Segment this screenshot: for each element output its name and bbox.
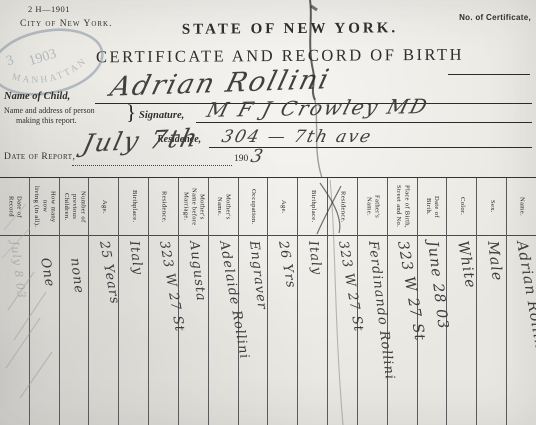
column-data-cell: Adrian Rollini [507, 236, 536, 425]
table-column-date-of-birth: Date of Birth.June 28 03 [418, 178, 448, 425]
column-value-handwriting: Male [484, 240, 505, 282]
column-header-label: Color. [458, 197, 466, 215]
column-header: How many now living (in all). [30, 178, 59, 236]
column-header-label: Birthplace. [309, 190, 317, 222]
column-header-label: Date of Birth. [424, 196, 440, 218]
column-value-handwriting: White [454, 240, 478, 290]
signature-handwriting: M F J Crowley MD [204, 94, 431, 122]
table-column-sex: Sex.Male [477, 178, 507, 425]
date-of-report-label: Date of Report, [4, 152, 75, 162]
table-column-mother-age: Age.25 Years [89, 178, 119, 425]
signature-line [196, 122, 532, 123]
column-header-label: Residence. [338, 191, 346, 223]
signature-label: Signature, [139, 110, 184, 121]
column-header: Occupation. [239, 178, 268, 236]
table-column-father-birthplace: Birthplace.Italy [298, 178, 328, 425]
column-header-label: Residence. [159, 191, 167, 223]
table-column-date-of-record: Date of RecordJuly 8 03 [0, 178, 30, 425]
table-column-child-name: Name.Adrian Rollini [507, 178, 536, 425]
column-value-handwriting: Italy [126, 240, 145, 276]
column-data-cell: Male [477, 236, 506, 425]
column-value-handwriting: Engraver [246, 240, 269, 311]
certificate-number-label: No. of Certificate, [459, 13, 531, 22]
certificate-number-blank-line [448, 74, 530, 75]
column-value-handwriting: none [67, 257, 86, 295]
column-header: Date of Birth. [418, 178, 447, 236]
column-data-cell: July 8 03 [0, 236, 29, 425]
column-header: Color. [447, 178, 476, 236]
column-header-label: Mother's Name before Marriage. [181, 188, 206, 226]
column-header-label: Mother's Name. [215, 194, 231, 220]
column-header-label: Occupation. [249, 189, 257, 224]
table-column-mother-name: Mother's Name.Adelaide Rollini [209, 178, 239, 425]
column-data-cell: 25 Years [89, 236, 118, 425]
stamp-day: 3 [4, 53, 16, 69]
table-column-how-many-living: How many now living (in all).One [30, 178, 60, 425]
state-title: STATE OF NEW YORK. [40, 19, 536, 39]
name-of-child-label: Name of Child, [4, 91, 70, 102]
column-header: Residence. [328, 178, 357, 236]
column-data-cell: 323 W 27 St [328, 236, 357, 425]
column-data-cell: Italy [298, 236, 327, 425]
column-value-handwriting: Italy [305, 240, 324, 276]
column-value-handwriting: Adrian Rollini [514, 240, 536, 356]
table-column-color: Color.White [447, 178, 477, 425]
column-header-label: Date of Record [6, 196, 22, 218]
year-handwritten-digit: 3 [249, 146, 267, 167]
column-data-cell: none [60, 236, 89, 425]
column-data-cell: White [447, 236, 476, 425]
column-data-cell: One [30, 236, 59, 425]
column-header: Sex. [477, 178, 506, 236]
birth-certificate-scan: 2 H—1901 City of New York. STATE OF NEW … [0, 0, 536, 425]
column-header-label: Birthplace. [130, 190, 138, 222]
reporter-label-line1: Name and address of person [4, 106, 95, 115]
table-column-previous-children: Number of previous Children.none [60, 178, 90, 425]
column-header-label: Number of previous Children. [62, 191, 87, 222]
column-header: Residence. [149, 178, 178, 236]
form-code: 2 H—1901 [28, 4, 70, 14]
column-header: Birthplace. [119, 178, 148, 236]
column-value-handwriting: Augusta [186, 240, 208, 302]
column-value-handwriting: July 8 03 [8, 240, 28, 299]
birth-record-table: Date of RecordJuly 8 03How many now livi… [0, 177, 536, 425]
column-header: Age. [89, 178, 118, 236]
column-header: Father's Name. [358, 178, 387, 236]
column-header-label: Father's Name. [364, 195, 380, 218]
column-header: Name. [507, 178, 536, 236]
table-column-father-age: Age.26 Yrs [268, 178, 298, 425]
column-header-label: How many now living (in all). [32, 186, 57, 227]
column-data-cell: Adelaide Rollini [209, 236, 238, 425]
table-column-mother-birthplace: Birthplace.Italy [119, 178, 149, 425]
column-header: Mother's Name before Marriage. [179, 178, 208, 236]
table-column-mother-residence: Residence.323 W 27 St [149, 178, 179, 425]
column-data-cell: 323 W 27 St [149, 236, 178, 425]
brace-glyph: } [126, 100, 136, 125]
column-data-cell: 26 Yrs [268, 236, 297, 425]
residence-handwriting: 304 — 7th ave [220, 127, 375, 147]
column-header: Date of Record [0, 178, 29, 236]
column-header-label: Age. [100, 200, 108, 214]
column-header: Age. [268, 178, 297, 236]
column-value-handwriting: 26 Yrs [275, 240, 298, 290]
column-header: Birthplace. [298, 178, 327, 236]
table-column-place-of-birth: Place of Birth, Street and No.323 W 27 S… [388, 178, 418, 425]
column-value-handwriting: One [37, 257, 57, 289]
column-header-label: Place of Birth, Street and No. [394, 185, 410, 228]
stamp-year: 1903 [27, 47, 58, 70]
table-column-mother-maiden-name: Mother's Name before Marriage.Augusta [179, 178, 209, 425]
column-data-cell: Italy [119, 236, 148, 425]
table-column-father-occupation: Occupation.Engraver [239, 178, 269, 425]
column-header-label: Name. [517, 197, 525, 216]
column-header: Mother's Name. [209, 178, 238, 236]
column-header-label: Age. [279, 200, 287, 214]
date-of-report-dotted-line [72, 165, 232, 166]
date-of-report-handwriting: July 7th [80, 123, 203, 158]
table-column-father-name: Father's Name.Ferdinando Rollini [358, 178, 388, 425]
column-header: Place of Birth, Street and No. [388, 178, 417, 236]
column-header: Number of previous Children. [60, 178, 89, 236]
reporter-label-line2: making this report. [16, 116, 77, 125]
column-data-cell: 323 W 27 St [388, 236, 417, 425]
table-column-father-residence: Residence.323 W 27 St [328, 178, 358, 425]
column-header-label: Sex. [488, 200, 496, 213]
year-printed-190: 190 [234, 154, 248, 164]
